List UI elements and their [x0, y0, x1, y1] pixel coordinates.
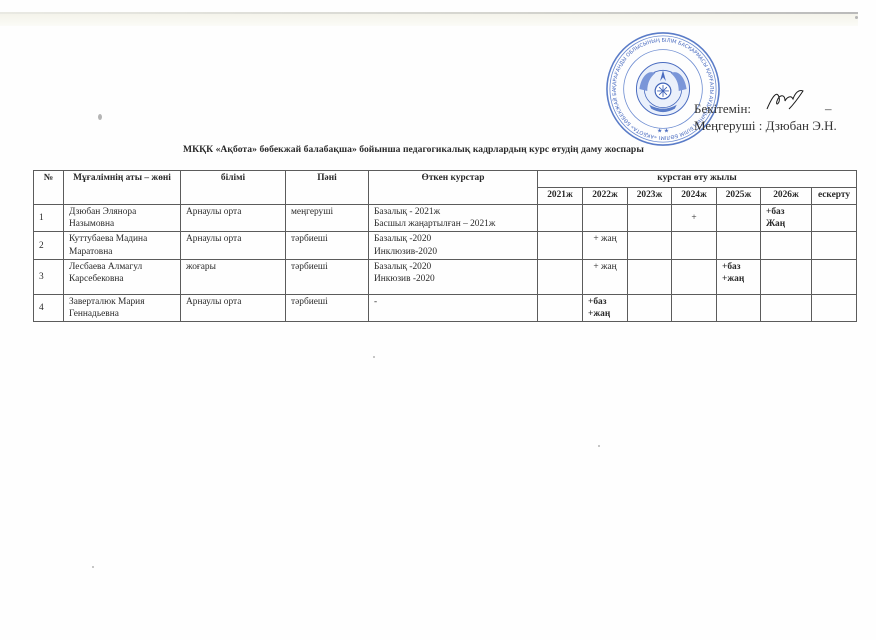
teacher-name-line: Маратовна	[69, 246, 175, 258]
course-line: Базалық -2020	[374, 261, 532, 273]
year-mark: +баз	[588, 296, 622, 308]
scan-margin-tint	[0, 14, 858, 26]
teacher-name-line: Лесбаева Алмагул	[69, 261, 175, 273]
header-year: 2022ж	[583, 188, 628, 205]
row-number: 3	[34, 259, 64, 294]
header-number: №	[34, 171, 64, 205]
header-note: ескерту	[812, 188, 857, 205]
head-name-line: Меңгеруші : Дзюбан Э.Н.	[694, 117, 837, 134]
year-cell	[717, 294, 761, 321]
teacher-name-line: Карсебековна	[69, 273, 175, 285]
year-mark: +	[677, 212, 711, 224]
education: Арнаулы орта	[181, 205, 286, 232]
scan-speck	[92, 566, 94, 568]
year-cell: +базЖаң	[761, 205, 812, 232]
approval-block: Бекітемін: – Меңгеруші : Дзюбан Э.Н.	[694, 100, 837, 134]
signature-icon	[763, 87, 813, 113]
table-row: 1Дзюбан ЭлянораНазымовнаАрнаулы ортамеңг…	[34, 205, 857, 232]
scan-speck	[855, 16, 858, 19]
teacher-name-line: Назымовна	[69, 218, 175, 230]
year-cell	[628, 232, 672, 259]
course-line: -	[374, 296, 532, 308]
year-mark: +баз	[722, 261, 755, 273]
year-cell	[672, 294, 717, 321]
header-courses: Өткен курстар	[369, 171, 538, 205]
table-row: 2Куттубаева МадинаМаратовнаАрнаулы ортат…	[34, 232, 857, 259]
completed-courses: Базалық - 2021жБасшыл жаңартылған – 2021…	[369, 205, 538, 232]
course-plan-table: № Мұғалімнің аты – жөні білімі Пәні Өтке…	[33, 170, 857, 322]
note-cell	[812, 294, 857, 321]
year-mark: +баз	[766, 206, 806, 218]
document-title: МКҚК «Ақбота» бөбекжай балабақша» бойынш…	[183, 144, 644, 155]
svg-text:★ ★: ★ ★	[657, 127, 669, 134]
year-cell	[538, 259, 583, 294]
subject: тәрбиеші	[286, 294, 369, 321]
year-cell	[672, 259, 717, 294]
header-year: 2023ж	[628, 188, 672, 205]
course-line: Инклюзив-2020	[374, 246, 532, 258]
education: Арнаулы орта	[181, 232, 286, 259]
year-cell: +баз+жаң	[717, 259, 761, 294]
year-cell	[761, 259, 812, 294]
year-cell	[538, 205, 583, 232]
teacher-name: Лесбаева АлмагулКарсебековна	[64, 259, 181, 294]
year-cell: +	[672, 205, 717, 232]
year-cell	[628, 294, 672, 321]
subject: меңгеруші	[286, 205, 369, 232]
note-cell	[812, 259, 857, 294]
year-mark: +жаң	[722, 273, 755, 285]
year-cell	[538, 294, 583, 321]
header-subject: Пәні	[286, 171, 369, 205]
year-mark: + жаң	[588, 261, 622, 273]
education: жоғары	[181, 259, 286, 294]
teacher-name: Дзюбан ЭлянораНазымовна	[64, 205, 181, 232]
teacher-name-line: Дзюбан Элянора	[69, 206, 175, 218]
header-name: Мұғалімнің аты – жөні	[64, 171, 181, 205]
scan-speck	[598, 445, 600, 447]
teacher-name-line: Заверталюк Мария	[69, 296, 175, 308]
scan-edge-line	[0, 12, 858, 14]
teacher-name-line: Геннадьевна	[69, 308, 175, 320]
year-cell	[628, 259, 672, 294]
year-cell	[761, 232, 812, 259]
completed-courses: Базалық -2020Инклюзив-2020	[369, 232, 538, 259]
scan-speck	[98, 114, 102, 120]
year-cell	[628, 205, 672, 232]
note-cell	[812, 232, 857, 259]
row-number: 4	[34, 294, 64, 321]
teacher-name-line: Куттубаева Мадина	[69, 233, 175, 245]
table-row: 4Заверталюк МарияГеннадьевнаАрнаулы орта…	[34, 294, 857, 321]
header-year: 2021ж	[538, 188, 583, 205]
header-row: № Мұғалімнің аты – жөні білімі Пәні Өтке…	[34, 171, 857, 188]
year-cell	[538, 232, 583, 259]
approved-label: Бекітемін:	[694, 100, 751, 117]
course-line: Инкюзив -2020	[374, 273, 532, 285]
header-year: 2024ж	[672, 188, 717, 205]
education: Арнаулы орта	[181, 294, 286, 321]
year-cell	[583, 205, 628, 232]
year-cell: + жаң	[583, 259, 628, 294]
header-education: білімі	[181, 171, 286, 205]
header-year: 2025ж	[717, 188, 761, 205]
teacher-name: Заверталюк МарияГеннадьевна	[64, 294, 181, 321]
year-mark: +жаң	[588, 308, 622, 320]
subject: тәрбиеші	[286, 232, 369, 259]
year-cell: + жаң	[583, 232, 628, 259]
subject: тәрбиеші	[286, 259, 369, 294]
header-year: 2026ж	[761, 188, 812, 205]
year-cell	[717, 232, 761, 259]
teacher-name: Куттубаева МадинаМаратовна	[64, 232, 181, 259]
note-cell	[812, 205, 857, 232]
year-mark: + жаң	[588, 233, 622, 245]
year-mark: Жаң	[766, 218, 806, 230]
year-cell	[672, 232, 717, 259]
scan-speck	[373, 356, 375, 358]
completed-courses: -	[369, 294, 538, 321]
header-year-group: курстан өту жылы	[538, 171, 857, 188]
row-number: 1	[34, 205, 64, 232]
course-line: Базалық -2020	[374, 233, 532, 245]
year-cell	[761, 294, 812, 321]
row-number: 2	[34, 232, 64, 259]
signature-dash: –	[825, 100, 832, 117]
year-cell	[717, 205, 761, 232]
course-line: Базалық - 2021ж	[374, 206, 532, 218]
table-row: 3Лесбаева АлмагулКарсебековнажоғарытәрби…	[34, 259, 857, 294]
completed-courses: Базалық -2020Инкюзив -2020	[369, 259, 538, 294]
year-cell: +баз+жаң	[583, 294, 628, 321]
course-line: Басшыл жаңартылған – 2021ж	[374, 218, 532, 230]
